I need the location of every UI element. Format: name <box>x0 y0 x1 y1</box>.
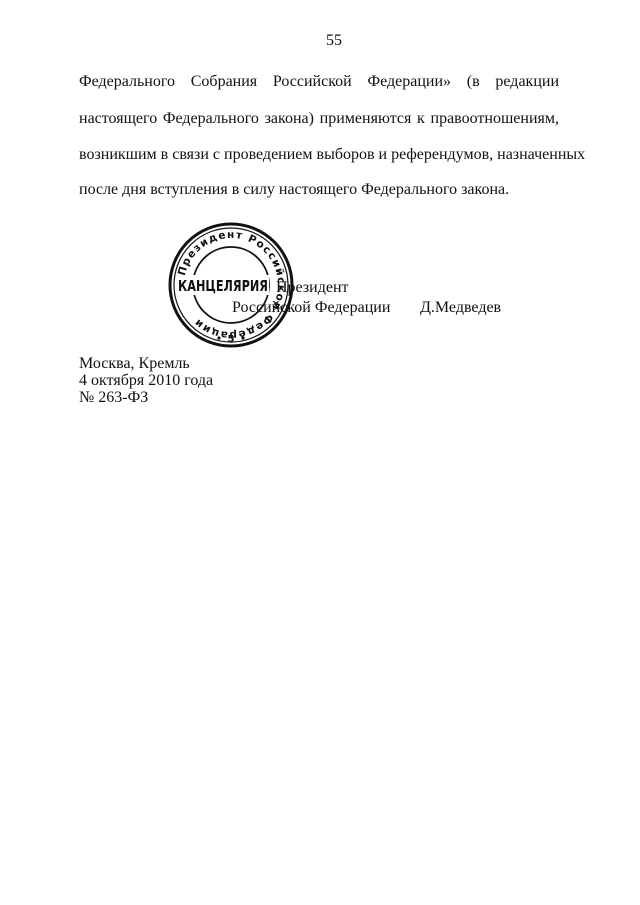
signing-date: 4 октября 2010 года <box>79 372 213 389</box>
signing-place: Москва, Кремль <box>79 355 213 372</box>
paragraph-line: после дня вступления в силу настоящего Ф… <box>79 182 509 198</box>
stamp-center-text: КАНЦЕЛЯРИЯ <box>178 277 268 295</box>
paragraph-line: Федерального Собрания Российской Федерац… <box>79 74 559 90</box>
paragraph-line: возникшим в связи с проведением выборов … <box>79 147 559 163</box>
document-footer: Москва, Кремль 4 октября 2010 года № 263… <box>79 355 213 406</box>
official-stamp: Президент Российской Федерации КАНЦЕЛЯРИ… <box>167 221 295 349</box>
stamp-number: 5 <box>228 334 235 345</box>
signature-name: Д.Медведев <box>420 299 501 317</box>
paragraph-line: настоящего Федерального закона) применяю… <box>79 111 559 127</box>
page-number: 55 <box>0 32 640 50</box>
law-number: № 263-ФЗ <box>79 389 213 406</box>
stamp-seal-icon: Президент Российской Федерации КАНЦЕЛЯРИ… <box>167 221 295 349</box>
